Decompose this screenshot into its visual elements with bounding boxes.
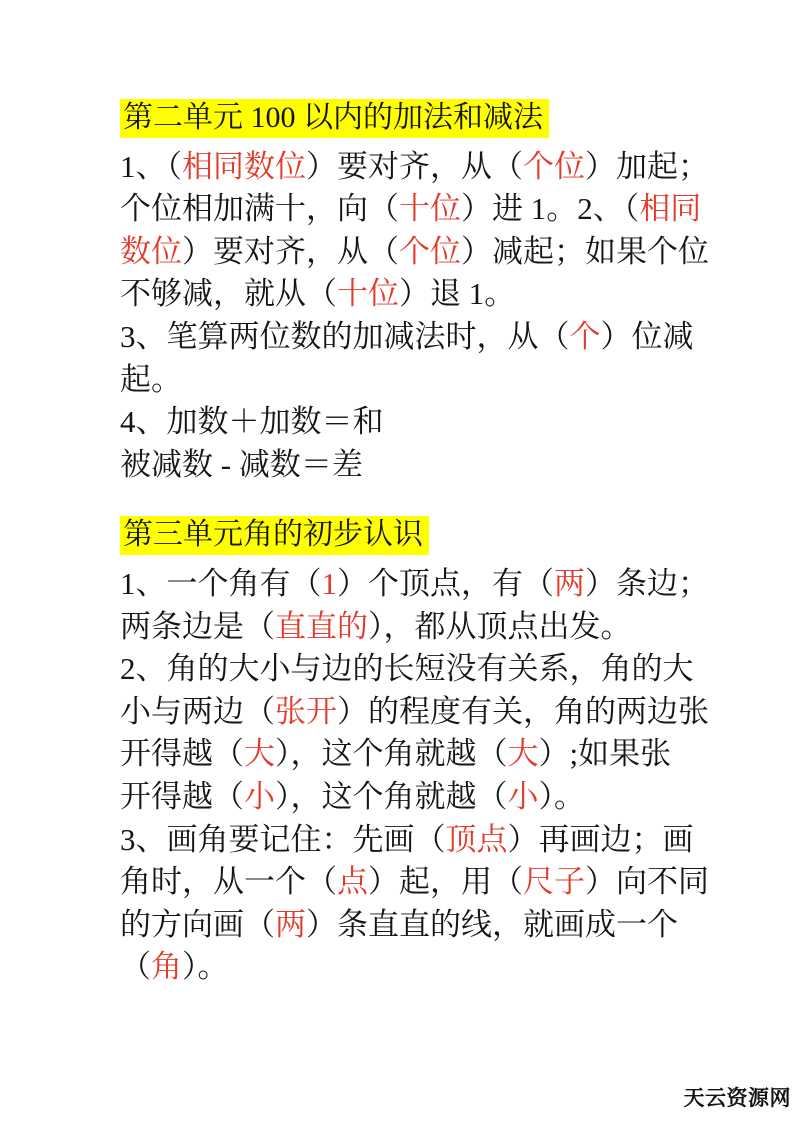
answer-segment: 小 xyxy=(244,779,275,814)
section: 第二单元 100 以内的加法和减法1、（相同数位）要对齐，从（个位）加起；个位相… xyxy=(120,96,680,486)
answer-segment: 个 xyxy=(570,319,601,354)
text-segment: ）向不同 xyxy=(585,864,709,899)
section-title-row: 第二单元 100 以内的加法和减法 xyxy=(120,96,680,139)
text-segment: ）的程度有关，角的两边张 xyxy=(337,694,709,729)
text-segment: ）进 1。2、（ xyxy=(461,191,639,226)
text-segment: ）退 1。 xyxy=(399,276,515,311)
answer-segment: 个位 xyxy=(523,149,585,184)
answer-segment: 小 xyxy=(508,779,539,814)
text-segment: 1、一个角有（ xyxy=(120,566,322,601)
text-segment: ）再画边；画 xyxy=(508,822,694,857)
answer-segment: 直直的 xyxy=(275,609,368,644)
document-content: 第二单元 100 以内的加法和减法1、（相同数位）要对齐，从（个位）加起；个位相… xyxy=(120,96,680,989)
text-line: 不够减，就从（十位）退 1。 xyxy=(120,273,680,316)
text-line: 开得越（大），这个角就越（大）;如果张 xyxy=(120,733,680,776)
answer-segment: 相同数位 xyxy=(182,149,306,184)
text-segment: 小与两边（ xyxy=(120,694,275,729)
text-segment: ）要对齐，从（ xyxy=(306,149,523,184)
text-line: （角）。 xyxy=(120,946,680,989)
text-line: 4、加数＋加数＝和 xyxy=(120,401,680,444)
answer-segment: 顶点 xyxy=(446,822,508,857)
section-title: 第二单元 100 以内的加法和减法 xyxy=(120,99,549,138)
answer-segment: 两 xyxy=(275,907,306,942)
document-page: 第二单元 100 以内的加法和减法1、（相同数位）要对齐，从（个位）加起；个位相… xyxy=(0,0,793,1122)
text-line: 起。 xyxy=(120,359,680,402)
text-segment: 3、笔算两位数的加减法时，从（ xyxy=(120,319,570,354)
text-line: 3、画角要记住：先画（顶点）再画边；画 xyxy=(120,819,680,862)
text-line: 角时，从一个（点）起，用（尺子）向不同 xyxy=(120,861,680,904)
text-line: 2、角的大小与边的长短没有关系，角的大 xyxy=(120,648,680,691)
answer-segment: 点 xyxy=(337,864,368,899)
answer-segment: 相同 xyxy=(639,191,701,226)
text-segment: ）。 xyxy=(182,949,229,984)
text-segment: （ xyxy=(120,949,151,984)
answer-segment: 数位 xyxy=(120,234,182,269)
text-line: 数位）要对齐，从（个位）减起；如果个位 xyxy=(120,231,680,274)
answer-segment: 大 xyxy=(244,736,275,771)
text-segment: ）;如果张 xyxy=(539,736,672,771)
text-line: 1、一个角有（1）个顶点，有（两）条边； xyxy=(120,563,680,606)
text-line: 两条边是（直直的），都从顶点出发。 xyxy=(120,606,680,649)
text-segment: 3、画角要记住：先画（ xyxy=(120,822,446,857)
answer-segment: 张开 xyxy=(275,694,337,729)
section-title-row: 第三单元角的初步认识 xyxy=(120,513,680,556)
text-segment: 不够减，就从（ xyxy=(120,276,337,311)
text-line: 开得越（小），这个角就越（小）。 xyxy=(120,776,680,819)
answer-segment: 个位 xyxy=(399,234,461,269)
answer-segment: 大 xyxy=(508,736,539,771)
text-segment: 1、（ xyxy=(120,149,182,184)
section: 第三单元角的初步认识1、一个角有（1）个顶点，有（两）条边；两条边是（直直的），… xyxy=(120,513,680,989)
text-segment: 开得越（ xyxy=(120,779,244,814)
text-segment: 2、角的大小与边的长短没有关系，角的大 xyxy=(120,651,694,686)
text-segment: ）位减 xyxy=(601,319,694,354)
text-line: 被减数 - 减数＝差 xyxy=(120,444,680,487)
text-segment: ）。 xyxy=(539,779,586,814)
text-segment: ）减起；如果个位 xyxy=(461,234,709,269)
answer-segment: 1 xyxy=(322,566,338,601)
text-segment: ）条边； xyxy=(585,566,709,601)
text-segment: 两条边是（ xyxy=(120,609,275,644)
text-line: 小与两边（张开）的程度有关，角的两边张 xyxy=(120,691,680,734)
answer-segment: 尺子 xyxy=(523,864,585,899)
text-segment: 个位相加满十，向（ xyxy=(120,191,399,226)
text-line: 3、笔算两位数的加减法时，从（个）位减 xyxy=(120,316,680,359)
text-segment: ）条直直的线，就画成一个 xyxy=(306,907,678,942)
text-segment: ）加起； xyxy=(585,149,709,184)
text-segment: 的方向画（ xyxy=(120,907,275,942)
watermark: 天云资源网 xyxy=(684,1082,792,1112)
text-segment: ）要对齐，从（ xyxy=(182,234,399,269)
answer-segment: 角 xyxy=(151,949,182,984)
section-title: 第三单元角的初步认识 xyxy=(120,516,429,555)
text-line: 的方向画（两）条直直的线，就画成一个 xyxy=(120,904,680,947)
text-segment: ），都从顶点出发。 xyxy=(368,609,632,644)
text-line: 个位相加满十，向（十位）进 1。2、（相同 xyxy=(120,188,680,231)
text-segment: 起。 xyxy=(120,362,182,397)
text-segment: ）个顶点，有（ xyxy=(337,566,554,601)
answer-segment: 两 xyxy=(554,566,585,601)
text-line: 1、（相同数位）要对齐，从（个位）加起； xyxy=(120,146,680,189)
answer-segment: 十位 xyxy=(399,191,461,226)
text-segment: ），这个角就越（ xyxy=(275,736,508,771)
text-segment: ），这个角就越（ xyxy=(275,779,508,814)
text-segment: 角时，从一个（ xyxy=(120,864,337,899)
text-segment: 4、加数＋加数＝和 xyxy=(120,404,384,439)
text-segment: 开得越（ xyxy=(120,736,244,771)
text-segment: 被减数 - 减数＝差 xyxy=(120,447,363,482)
answer-segment: 十位 xyxy=(337,276,399,311)
text-segment: ）起，用（ xyxy=(368,864,523,899)
